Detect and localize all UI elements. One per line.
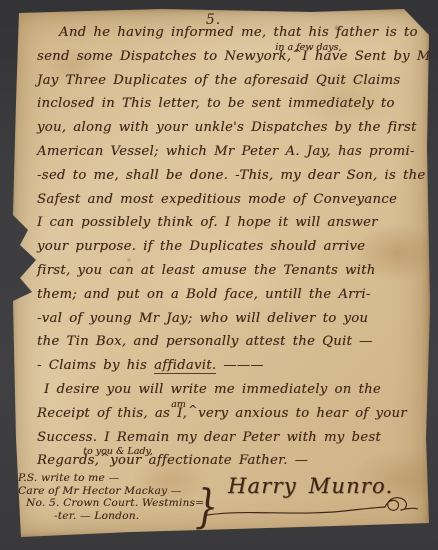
- letter-line: Regards,to you & Lady,^your affectionate…: [37, 449, 423, 473]
- line-text: Receipt of this, as I,: [37, 406, 187, 421]
- line-text: - Claims by his: [37, 358, 154, 373]
- letter-line: Jay Three Duplicates of the aforesaid Qu…: [37, 69, 423, 93]
- letter-line: American Vessel; which Mr Peter A. Jay, …: [37, 140, 423, 164]
- line-text: -val of young Mr Jay; who will deliver t…: [37, 311, 368, 326]
- line-text: ———: [216, 358, 263, 373]
- line-text: affidavit.: [154, 358, 216, 374]
- line-text: send some Dispatches to Newyork,: [37, 49, 291, 64]
- letter-page: 5. And he having informed me, that his f…: [11, 8, 430, 538]
- letter-line: the Tin Box, and personally attest the Q…: [37, 330, 423, 354]
- line-text: very anxious to hear of your: [198, 406, 407, 421]
- letter-line: - Claims by his affidavit. ———: [37, 354, 423, 378]
- letter-line: first, you can at least amuse the Tenant…: [37, 259, 423, 283]
- line-text: inclosed in This letter, to be sent imme…: [37, 96, 395, 111]
- signature-paraph-flourish-icon: [205, 492, 423, 526]
- insertion-text: to you & Lady,: [83, 447, 152, 457]
- line-text: them; and put on a Bold face, untill the…: [37, 287, 371, 302]
- line-text: you, along with your unkle's Dispatches …: [37, 120, 417, 135]
- insertion-text: in a few days,: [275, 43, 341, 53]
- line-text: And he having informed me, that his fath…: [59, 25, 418, 40]
- interline-insertion: to you & Lady,^: [99, 451, 110, 464]
- line-text: first, you can at least amuse the Tenant…: [37, 263, 376, 278]
- letter-line: And he having informed me, that his fath…: [37, 21, 423, 45]
- letter-line: inclosed in This letter, to be sent imme…: [37, 92, 423, 116]
- line-text: Jay Three Duplicates of the aforesaid Qu…: [37, 73, 400, 88]
- letter-line: -val of young Mr Jay; who will deliver t…: [37, 307, 423, 331]
- line-text: -sed to me, shall be done. -This, my dea…: [37, 168, 425, 183]
- line-text: your purpose. if the Duplicates should a…: [37, 239, 365, 254]
- interline-insertion: am^: [187, 404, 198, 417]
- letter-line: I desire you will write me immediately o…: [37, 378, 423, 402]
- line-text: Success. I Remain my dear Peter with my …: [37, 430, 381, 445]
- letter-line: them; and put on a Bold face, untill the…: [37, 283, 423, 307]
- line-text: I can possiblely think of. I hope it wil…: [37, 215, 378, 230]
- caret-mark: ^: [188, 398, 198, 422]
- line-text: American Vessel; which Mr Peter A. Jay, …: [37, 144, 415, 159]
- letter-line: you, along with your unkle's Dispatches …: [37, 116, 423, 140]
- letter-line: -sed to me, shall be done. -This, my dea…: [37, 164, 423, 188]
- letter-body: And he having informed me, that his fath…: [37, 21, 423, 473]
- photo-background: 5. And he having informed me, that his f…: [0, 0, 438, 550]
- line-text: the Tin Box, and personally attest the Q…: [37, 334, 373, 349]
- letter-line: I can possiblely think of. I hope it wil…: [37, 211, 423, 235]
- caret-mark: ^: [292, 42, 302, 66]
- letter-line: Receipt of this, as I,am^very anxious to…: [37, 402, 423, 426]
- letter-line: send some Dispatches to Newyork,in a few…: [37, 45, 423, 69]
- caret-mark: ^: [100, 446, 110, 470]
- line-text: Safest and most expeditious mode of Conv…: [37, 192, 397, 207]
- line-text: I desire you will write me immediately o…: [44, 382, 381, 397]
- interline-insertion: in a few days,^: [291, 47, 302, 60]
- letter-line: Safest and most expeditious mode of Conv…: [37, 188, 423, 212]
- letter-line: your purpose. if the Duplicates should a…: [37, 235, 423, 259]
- insertion-text: am: [171, 400, 186, 410]
